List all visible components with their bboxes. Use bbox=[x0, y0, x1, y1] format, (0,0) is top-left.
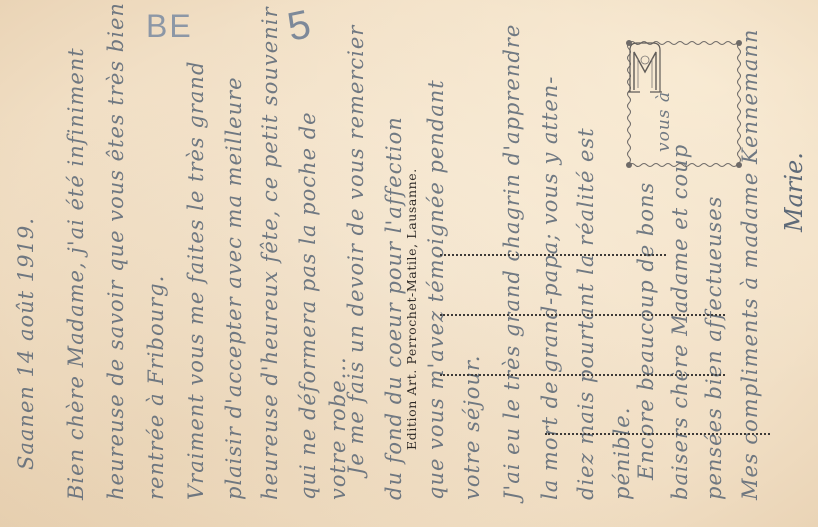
letter-line: rentrée à Fribourg. bbox=[144, 275, 168, 500]
letter-line: la mort de grand-papa; vous y atten- bbox=[538, 76, 562, 500]
monogram-m-icon bbox=[626, 40, 664, 96]
letter-line: pénible. bbox=[610, 407, 634, 500]
letter-line: qui ne déformera pas la poche de bbox=[296, 111, 320, 500]
letter-line: Vraiment vous me faites le très grand bbox=[184, 61, 208, 500]
letter-line: Je me fais un devoir de vous remercier bbox=[344, 25, 368, 475]
signature: Marie. bbox=[780, 152, 808, 232]
postcard-back: BE 5 Saanen 14 août 1919. Bien chère Mad… bbox=[0, 0, 818, 527]
address-line-3 bbox=[440, 374, 725, 376]
stamp-box: vous à bbox=[626, 40, 742, 168]
letter-line: J'ai eu le très grand chagrin d'apprendr… bbox=[500, 24, 524, 500]
address-line-2 bbox=[440, 314, 725, 316]
letter-line: baisers chère Madame et coup bbox=[668, 144, 692, 500]
letter-dateline: Saanen 14 août 1919. bbox=[14, 217, 38, 470]
letter-line: Bien chère Madame, j'ai été infiniment bbox=[64, 47, 88, 500]
address-line-4 bbox=[545, 433, 770, 435]
pencil-note-code: BE bbox=[146, 8, 193, 45]
letter-line: Encore beaucoup de bons bbox=[634, 182, 658, 480]
address-line-1 bbox=[440, 254, 666, 256]
letter-line: pensées bien affectueuses bbox=[702, 196, 726, 500]
letter-line: heureuse de savoir que vous êtes très bi… bbox=[104, 2, 128, 500]
stamp-pencil-text: vous à bbox=[654, 91, 674, 152]
letter-line: votre séjour. bbox=[460, 355, 484, 500]
letter-line: heureuse d'heureux fête, ce petit souven… bbox=[258, 7, 282, 501]
pencil-mark: 5 bbox=[284, 2, 315, 51]
letter-line: du fond du coeur pour l'affection bbox=[382, 116, 406, 500]
letter-line: que vous m'avez témoignée pendant bbox=[424, 79, 448, 500]
letter-line: plaisir d'accepter avec ma meilleure bbox=[222, 76, 246, 500]
publisher-imprint: Edition Art. Perrochet-Matile, Lausanne. bbox=[404, 168, 419, 450]
